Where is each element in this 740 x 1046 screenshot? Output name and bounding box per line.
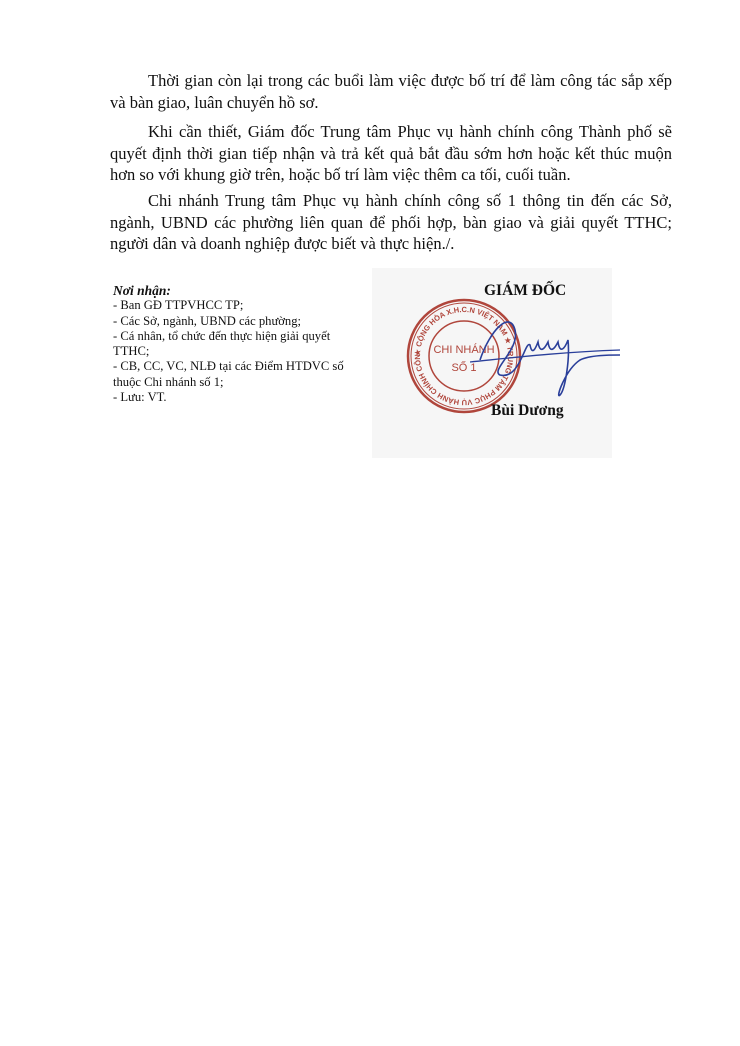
signer-title: GIÁM ĐỐC	[484, 282, 566, 300]
recipients-title: Nơi nhận:	[113, 283, 353, 298]
paragraph-3: Chi nhánh Trung tâm Phục vụ hành chính c…	[110, 190, 672, 255]
handwritten-signature-icon	[470, 300, 620, 405]
paragraph-text: Thời gian còn lại trong các buổi làm việ…	[110, 71, 672, 112]
paragraph-2: Khi cần thiết, Giám đốc Trung tâm Phục v…	[110, 121, 672, 186]
recipient-item: - Các Sở, ngành, UBND các phường;	[113, 314, 353, 329]
recipient-item: - Ban GĐ TTPVHCC TP;	[113, 298, 353, 313]
signer-name: Bùi Dương	[491, 402, 564, 420]
recipient-item: - CB, CC, VC, NLĐ tại các Điểm HTDVC số …	[113, 359, 353, 390]
recipient-item: - Lưu: VT.	[113, 390, 353, 405]
recipient-item: - Cá nhân, tổ chức đến thực hiện giải qu…	[113, 329, 353, 360]
paragraph-1: Thời gian còn lại trong các buổi làm việ…	[110, 70, 672, 113]
recipients-block: Nơi nhận: - Ban GĐ TTPVHCC TP; - Các Sở,…	[113, 283, 353, 405]
paragraph-text: Khi cần thiết, Giám đốc Trung tâm Phục v…	[110, 122, 672, 184]
paragraph-text: Chi nhánh Trung tâm Phục vụ hành chính c…	[110, 191, 672, 253]
